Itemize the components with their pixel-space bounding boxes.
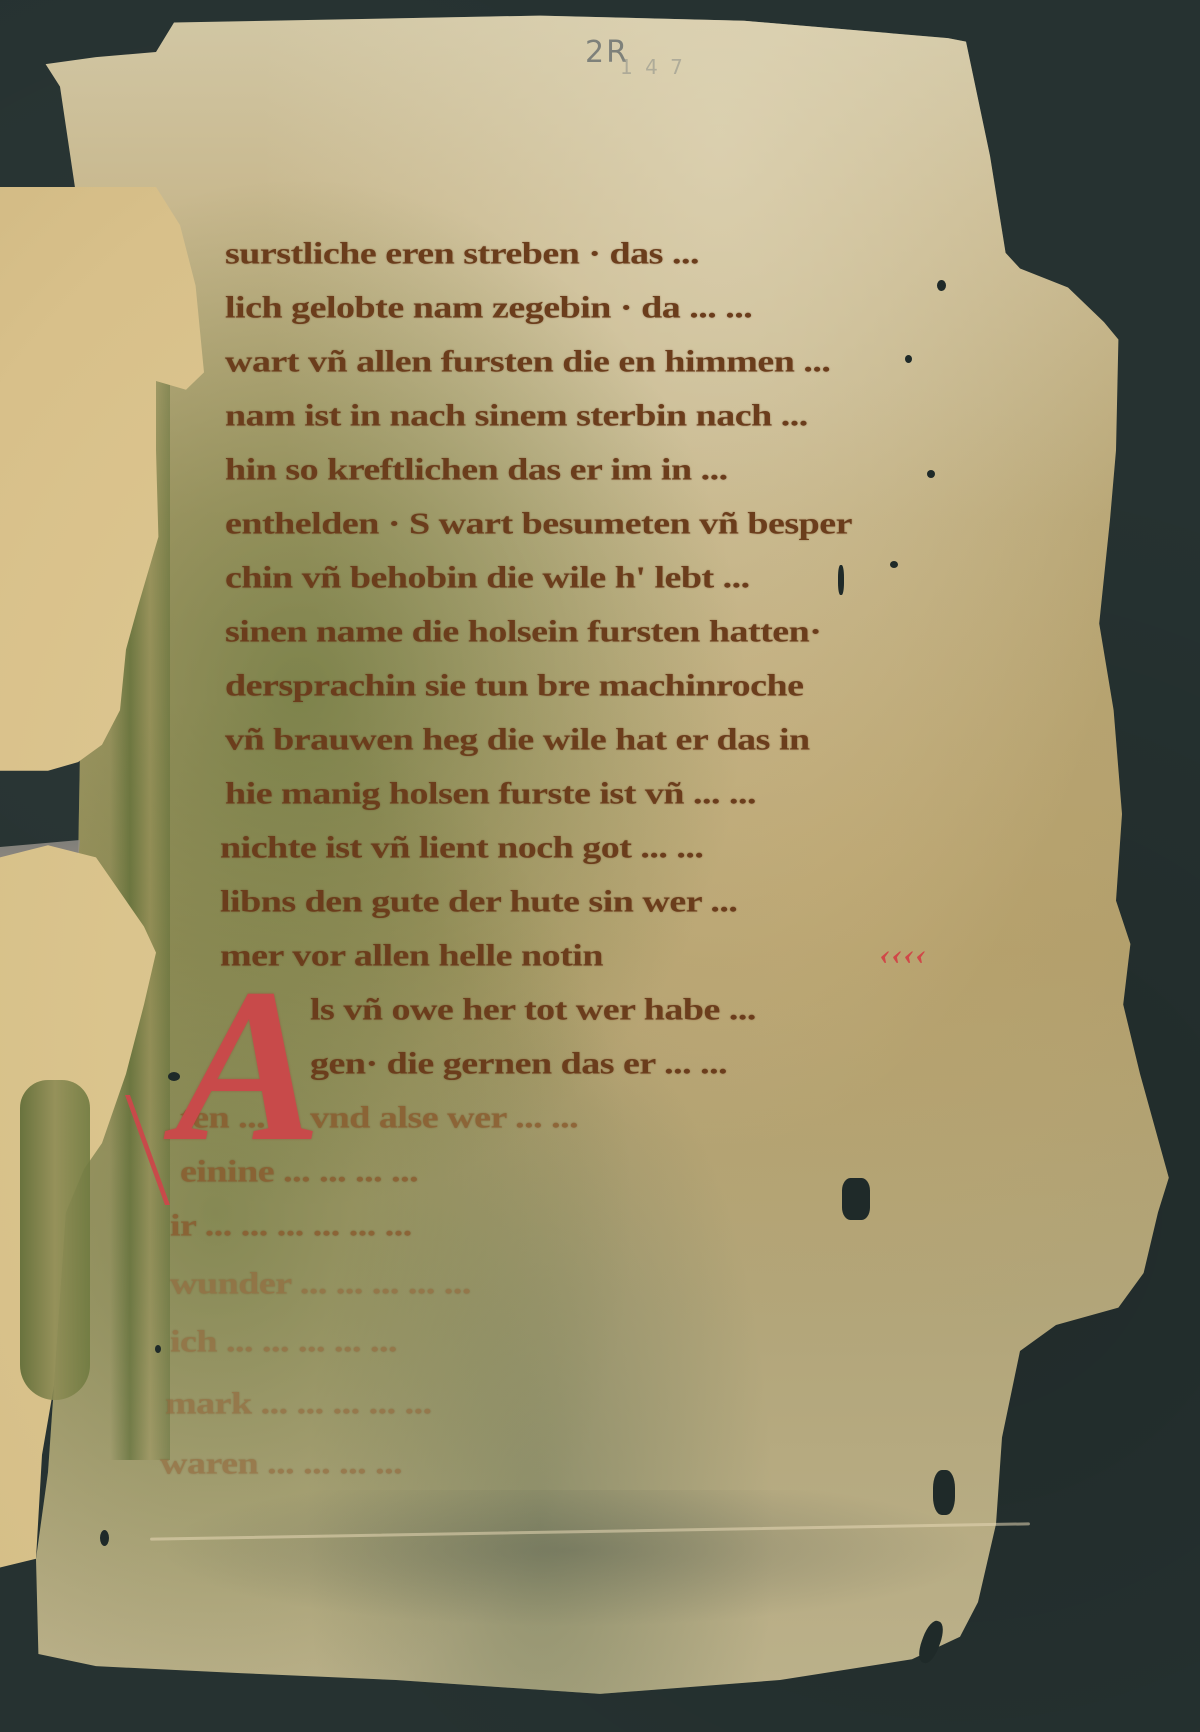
text-line: wart vñ allen fursten die en himmen ... [225,346,830,377]
hole [905,355,912,363]
hole [937,280,946,291]
text-line: enthelden · S wart besumeten vñ besper [225,508,852,539]
text-line: lich gelobte nam zegebin · da ... ... [225,292,752,323]
text-line: gen· die gernen das er ... ... [310,1048,727,1079]
hole [927,470,935,478]
hole [155,1345,161,1353]
text-line: hie manig holsen furste ist vñ ... ... [225,778,756,809]
text-line: ir ... ... ... ... ... ... [170,1210,412,1241]
text-line: wunder ... ... ... ... ... [170,1268,471,1299]
text-line: mark ... ... ... ... ... [165,1388,432,1419]
fragment-tear [20,1080,90,1400]
rubric-mark: ‹‹‹‹ [875,938,932,972]
text-line: nichte ist vñ lient noch got ... ... [220,832,703,863]
hole [842,1178,870,1220]
text-line: chin vñ behobin die wile h' lebt ... [225,562,750,593]
text-line: nam ist in nach sinem sterbin nach ... [225,400,808,431]
text-line: ich ... ... ... ... ... [170,1326,397,1357]
text-line: dersprachin sie tun bre machinroche [225,670,804,701]
text-line: vñ brauwen heg die wile hat er das in [225,724,810,755]
hole [838,565,844,595]
text-line: sinen name die holsein fursten hatten· [225,616,821,647]
bottom-stain [90,1490,1050,1640]
red-initial: A [155,975,355,1175]
hole [933,1470,955,1515]
text-line: hin so kreftlichen das er im in ... [225,454,728,485]
hole [100,1530,109,1546]
hole [168,1072,180,1081]
text-line: ls vñ owe her tot wer habe ... [310,994,756,1025]
initial-letter: A [175,955,322,1175]
faint-shelfmark: 1 4 7 [620,55,686,79]
hole [890,561,898,568]
text-line: libns den gute der hute sin wer ... [220,886,737,917]
text-line: waren ... ... ... ... [160,1448,402,1479]
text-line: surstliche eren streben · das ... [225,238,699,269]
